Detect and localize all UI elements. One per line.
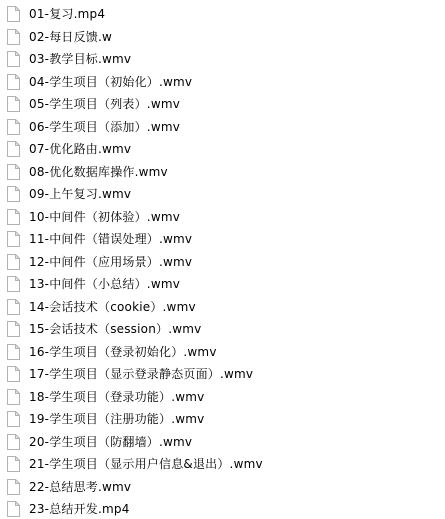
file-item[interactable]: 21-学生项目（显示用户信息&退出）.wmv [0, 453, 445, 476]
file-name: 04-学生项目（初始化）.wmv [29, 75, 192, 89]
file-icon [7, 96, 20, 112]
file-icon [7, 479, 20, 495]
file-icon [7, 501, 20, 517]
file-item[interactable]: 08-优化数据库操作.wmv [0, 161, 445, 184]
file-name: 21-学生项目（显示用户信息&退出）.wmv [29, 457, 263, 471]
file-name: 09-上午复习.wmv [29, 187, 131, 201]
file-item[interactable]: 04-学生项目（初始化）.wmv [0, 71, 445, 94]
file-icon [7, 254, 20, 270]
file-icon [7, 276, 20, 292]
file-name: 19-学生项目（注册功能）.wmv [29, 412, 204, 426]
file-list: 01-复习.mp4 02-每日反馈.w 03-教学目标.wmv 04-学生项目（… [0, 0, 445, 519]
file-item[interactable]: 17-学生项目（显示登录静态页面）.wmv [0, 363, 445, 386]
file-icon [7, 6, 20, 22]
file-item[interactable]: 03-教学目标.wmv [0, 48, 445, 71]
file-name: 14-会话技术（cookie）.wmv [29, 300, 196, 314]
file-icon [7, 389, 20, 405]
file-icon [7, 164, 20, 180]
file-item[interactable]: 07-优化路由.wmv [0, 138, 445, 161]
file-item[interactable]: 06-学生项目（添加）.wmv [0, 116, 445, 139]
file-item[interactable]: 09-上午复习.wmv [0, 183, 445, 206]
file-item[interactable]: 18-学生项目（登录功能）.wmv [0, 386, 445, 409]
file-icon [7, 141, 20, 157]
file-icon [7, 51, 20, 67]
file-item[interactable]: 13-中间件（小总结）.wmv [0, 273, 445, 296]
file-item[interactable]: 20-学生项目（防翻墙）.wmv [0, 431, 445, 454]
file-icon [7, 434, 20, 450]
file-name: 02-每日反馈.w [29, 30, 112, 44]
file-name: 22-总结思考.wmv [29, 480, 131, 494]
file-item[interactable]: 23-总结开发.mp4 [0, 498, 445, 519]
file-name: 08-优化数据库操作.wmv [29, 165, 168, 179]
file-name: 23-总结开发.mp4 [29, 502, 130, 516]
file-item[interactable]: 05-学生项目（列表）.wmv [0, 93, 445, 116]
file-name: 15-会话技术（session）.wmv [29, 322, 201, 336]
file-name: 10-中间件（初体验）.wmv [29, 210, 180, 224]
file-item[interactable]: 22-总结思考.wmv [0, 476, 445, 499]
file-item[interactable]: 02-每日反馈.w [0, 26, 445, 49]
file-name: 01-复习.mp4 [29, 7, 105, 21]
file-icon [7, 344, 20, 360]
file-name: 05-学生项目（列表）.wmv [29, 97, 180, 111]
file-item[interactable]: 14-会话技术（cookie）.wmv [0, 296, 445, 319]
file-item[interactable]: 15-会话技术（session）.wmv [0, 318, 445, 341]
file-item[interactable]: 19-学生项目（注册功能）.wmv [0, 408, 445, 431]
file-name: 16-学生项目（登录初始化）.wmv [29, 345, 217, 359]
file-icon [7, 231, 20, 247]
file-icon [7, 321, 20, 337]
file-name: 12-中间件（应用场景）.wmv [29, 255, 192, 269]
file-icon [7, 29, 20, 45]
file-icon [7, 366, 20, 382]
file-item[interactable]: 10-中间件（初体验）.wmv [0, 206, 445, 229]
file-name: 07-优化路由.wmv [29, 142, 131, 156]
file-icon [7, 186, 20, 202]
file-name: 17-学生项目（显示登录静态页面）.wmv [29, 367, 253, 381]
file-icon [7, 209, 20, 225]
file-icon [7, 74, 20, 90]
file-item[interactable]: 11-中间件（错误处理）.wmv [0, 228, 445, 251]
file-name: 03-教学目标.wmv [29, 52, 131, 66]
file-icon [7, 456, 20, 472]
file-name: 13-中间件（小总结）.wmv [29, 277, 180, 291]
file-name: 20-学生项目（防翻墙）.wmv [29, 435, 192, 449]
file-icon [7, 299, 20, 315]
file-item[interactable]: 12-中间件（应用场景）.wmv [0, 251, 445, 274]
file-name: 06-学生项目（添加）.wmv [29, 120, 180, 134]
file-item[interactable]: 01-复习.mp4 [0, 3, 445, 26]
file-icon [7, 119, 20, 135]
file-icon [7, 411, 20, 427]
file-name: 11-中间件（错误处理）.wmv [29, 232, 192, 246]
file-item[interactable]: 16-学生项目（登录初始化）.wmv [0, 341, 445, 364]
file-name: 18-学生项目（登录功能）.wmv [29, 390, 204, 404]
